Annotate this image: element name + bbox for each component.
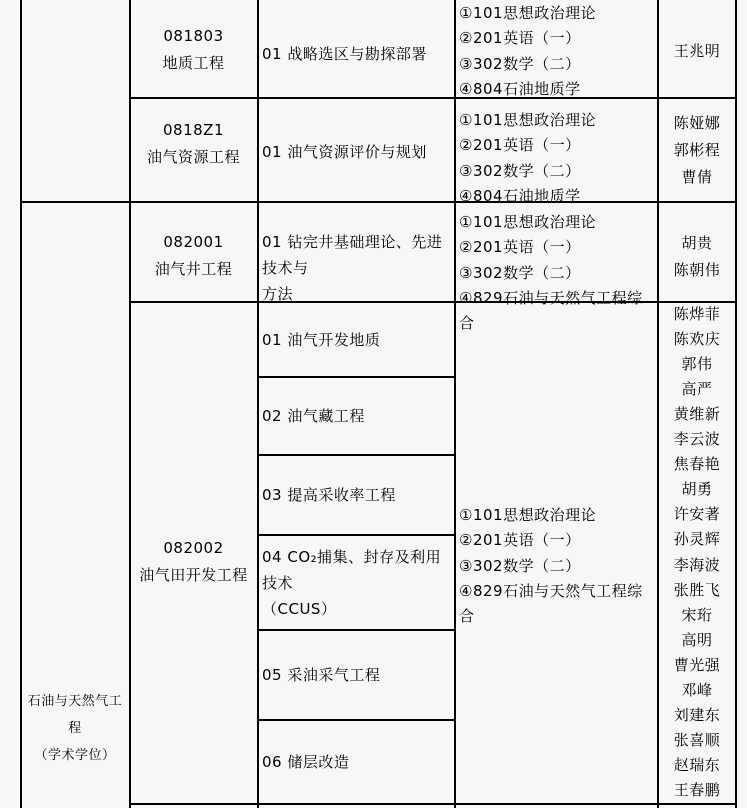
supervisor-name: 陈娅娜 [659,110,735,137]
major-cell: 0818Z1 油气资源工程 [131,117,256,171]
supervisor-name: 李云波 [659,427,735,452]
exam-subjects-cell: ①101思想政治理论 ②201英语（一） ③302数学（二） ④804石油地质学 [459,108,655,209]
major-cell: 081803 地质工程 [131,23,256,77]
direction-line: 03 提高采收率工程 [262,482,454,508]
exam-subject: ②201英语（一） [459,26,655,51]
direction-line: 05 采油采气工程 [262,662,454,688]
research-direction: 01 油气开发地质 [258,302,454,377]
category-cell: 石油与天然气工程 （学术学位） [22,688,128,769]
research-direction: 01 钻完井基础理论、先进技术与 方法 [262,229,452,307]
exam-subjects-cell: ①101思想政治理论 ②201英语（一） ③302数学（二） ④829石油与天然… [459,210,655,336]
supervisor-name: 曹倩 [659,164,735,191]
grid-line [454,0,456,808]
research-direction: 04 CO₂捕集、封存及利用技术 （CCUS） [258,535,454,630]
supervisors-cell: 陈娅娜 郭彬程 曹倩 [659,110,735,191]
supervisor-name: 赵瑞东 [659,753,735,778]
grid-line [735,0,737,808]
supervisor-name: 高严 [659,377,735,402]
exam-subject: ②201英语（一） [459,235,655,260]
supervisor-name: 陈欢庆 [659,327,735,352]
research-direction: 06 储层改造 [258,720,454,804]
research-direction: 01 油气资源评价与规划 [262,140,452,165]
direction-line: 01 战略选区与勘探部署 [262,42,452,67]
category-degree-type: （学术学位） [22,742,128,769]
supervisor-name: 陈朝伟 [659,257,735,284]
exam-subject: ①101思想政治理论 [459,1,655,26]
direction-line: 02 油气藏工程 [262,403,454,429]
supervisor-name: 曹光强 [659,653,735,678]
supervisor-name: 胡勇 [659,477,735,502]
exam-subjects-cell: ①101思想政治理论 ②201英语（一） ③302数学（二） ④829石油与天然… [459,503,655,629]
major-code: 082001 [131,229,256,256]
research-direction: 03 提高采收率工程 [258,455,454,535]
supervisor-name: 李海波 [659,553,735,578]
supervisor-name: 高明 [659,628,735,653]
major-name: 油气田开发工程 [131,562,256,589]
grid-line [20,0,22,808]
exam-subject: ③302数学（二） [459,554,655,579]
supervisor-name: 郭彬程 [659,137,735,164]
major-code: 082002 [131,535,256,562]
research-direction: 01 战略选区与勘探部署 [262,42,452,67]
supervisor-name: 邓峰 [659,678,735,703]
major-code: 0818Z1 [131,117,256,144]
major-name: 油气资源工程 [131,144,256,171]
exam-subject: ①101思想政治理论 [459,108,655,133]
exam-subject: ③302数学（二） [459,52,655,77]
exam-subject: ④804石油地质学 [459,77,655,102]
supervisor-name: 郭伟 [659,352,735,377]
exam-subject: ④829石油与天然气工程综合 [459,286,655,337]
exam-subject: ③302数学（二） [459,159,655,184]
supervisor-name: 宋珩 [659,603,735,628]
exam-subject: ②201英语（一） [459,528,655,553]
supervisors-cell: 王兆明 [659,39,735,64]
direction-line: 04 CO₂捕集、封存及利用技术 [262,544,454,596]
supervisor-name: 黄维新 [659,402,735,427]
exam-subject: ④804石油地质学 [459,184,655,209]
exam-subject: ①101思想政治理论 [459,503,655,528]
direction-line: 01 油气开发地质 [262,327,454,353]
supervisor-name: 王兆明 [659,39,735,64]
major-code: 081803 [131,23,256,50]
exam-subject: ③302数学（二） [459,261,655,286]
supervisors-cell: 陈烨菲 陈欢庆 郭伟 高严 黄维新 李云波 焦春艳 胡勇 许安著 孙灵辉 李海波… [659,302,735,803]
supervisor-name: 焦春艳 [659,452,735,477]
supervisor-name: 张喜顺 [659,728,735,753]
major-cell: 082001 油气井工程 [131,229,256,283]
supervisor-name: 孙灵辉 [659,527,735,552]
supervisors-cell: 胡贵 陈朝伟 [659,230,735,284]
supervisor-name: 张胜飞 [659,578,735,603]
research-direction: 05 采油采气工程 [258,630,454,720]
research-direction: 02 油气藏工程 [258,377,454,455]
direction-line: （CCUS） [262,596,454,622]
direction-line: 01 钻完井基础理论、先进技术与 [262,229,452,281]
exam-subject: ②201英语（一） [459,133,655,158]
exam-subject: ①101思想政治理论 [459,210,655,235]
supervisor-name: 陈烨菲 [659,302,735,327]
exam-subject: ④829石油与天然气工程综合 [459,579,655,630]
major-name: 油气井工程 [131,256,256,283]
supervisor-name: 刘建东 [659,703,735,728]
major-cell: 082002 油气田开发工程 [131,535,256,589]
major-name: 地质工程 [131,50,256,77]
supervisor-name: 许安著 [659,502,735,527]
direction-line: 06 储层改造 [262,749,454,775]
direction-line: 01 油气资源评价与规划 [262,140,452,165]
admissions-catalog-table-page: 石油与天然气工程 （学术学位） 081803 地质工程 01 战略选区与勘探部署… [0,0,747,808]
category-name: 石油与天然气工程 [22,688,128,742]
supervisor-name: 王春鹏 [659,778,735,803]
supervisor-name: 胡贵 [659,230,735,257]
exam-subjects-cell: ①101思想政治理论 ②201英语（一） ③302数学（二） ④804石油地质学 [459,1,655,102]
